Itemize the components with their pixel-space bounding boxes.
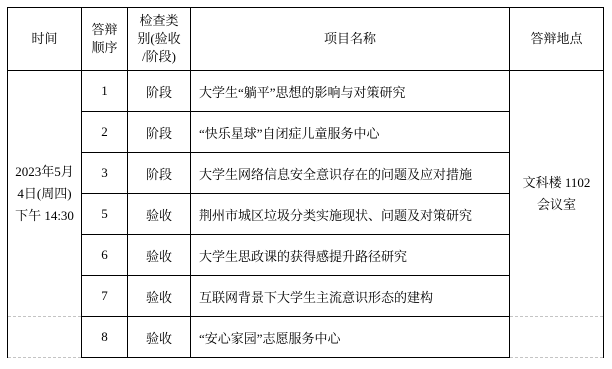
header-defense-order: 答辩 顺序 <box>82 8 128 71</box>
project-cell: 互联网背景下大学生主流意识形态的建构 <box>191 276 510 317</box>
project-cell: “安心家园”志愿服务中心 <box>191 317 510 358</box>
order-cell: 7 <box>82 276 128 317</box>
category-cell: 验收 <box>128 194 191 235</box>
location-cell: 文科楼 1102 会议室 <box>510 71 604 317</box>
project-cell: 大学生网络信息安全意识存在的问题及应对措施 <box>191 153 510 194</box>
table-row: 2023年5月 4日(周四) 下午 14:30 1 阶段 大学生“躺平”思想的影… <box>8 71 604 112</box>
category-cell: 阶段 <box>128 112 191 153</box>
category-cell: 验收 <box>128 317 191 358</box>
header-project-name: 项目名称 <box>191 8 510 71</box>
header-check-category: 检查类 别(验收 /阶段) <box>128 8 191 71</box>
category-cell: 验收 <box>128 276 191 317</box>
order-cell: 2 <box>82 112 128 153</box>
project-cell: 大学生思政课的获得感提升路径研究 <box>191 235 510 276</box>
project-cell: “快乐星球”自闭症儿童服务中心 <box>191 112 510 153</box>
header-time: 时间 <box>8 8 82 71</box>
header-row: 时间 答辩 顺序 检查类 别(验收 /阶段) 项目名称 答辩地点 <box>8 8 604 71</box>
category-cell: 阶段 <box>128 153 191 194</box>
time-cell: 2023年5月 4日(周四) 下午 14:30 <box>8 71 82 317</box>
project-cell: 荆州市城区垃圾分类实施现状、问题及对策研究 <box>191 194 510 235</box>
order-cell: 6 <box>82 235 128 276</box>
order-cell: 3 <box>82 153 128 194</box>
order-cell: 5 <box>82 194 128 235</box>
empty-location-cell <box>510 317 604 358</box>
category-cell: 验收 <box>128 235 191 276</box>
project-cell: 大学生“躺平”思想的影响与对策研究 <box>191 71 510 112</box>
defense-schedule-table: 时间 答辩 顺序 检查类 别(验收 /阶段) 项目名称 答辩地点 2023年5月… <box>7 7 604 358</box>
order-cell: 8 <box>82 317 128 358</box>
category-cell: 阶段 <box>128 71 191 112</box>
empty-time-cell <box>8 317 82 358</box>
order-cell: 1 <box>82 71 128 112</box>
header-defense-location: 答辩地点 <box>510 8 604 71</box>
table-row: 8 验收 “安心家园”志愿服务中心 <box>8 317 604 358</box>
